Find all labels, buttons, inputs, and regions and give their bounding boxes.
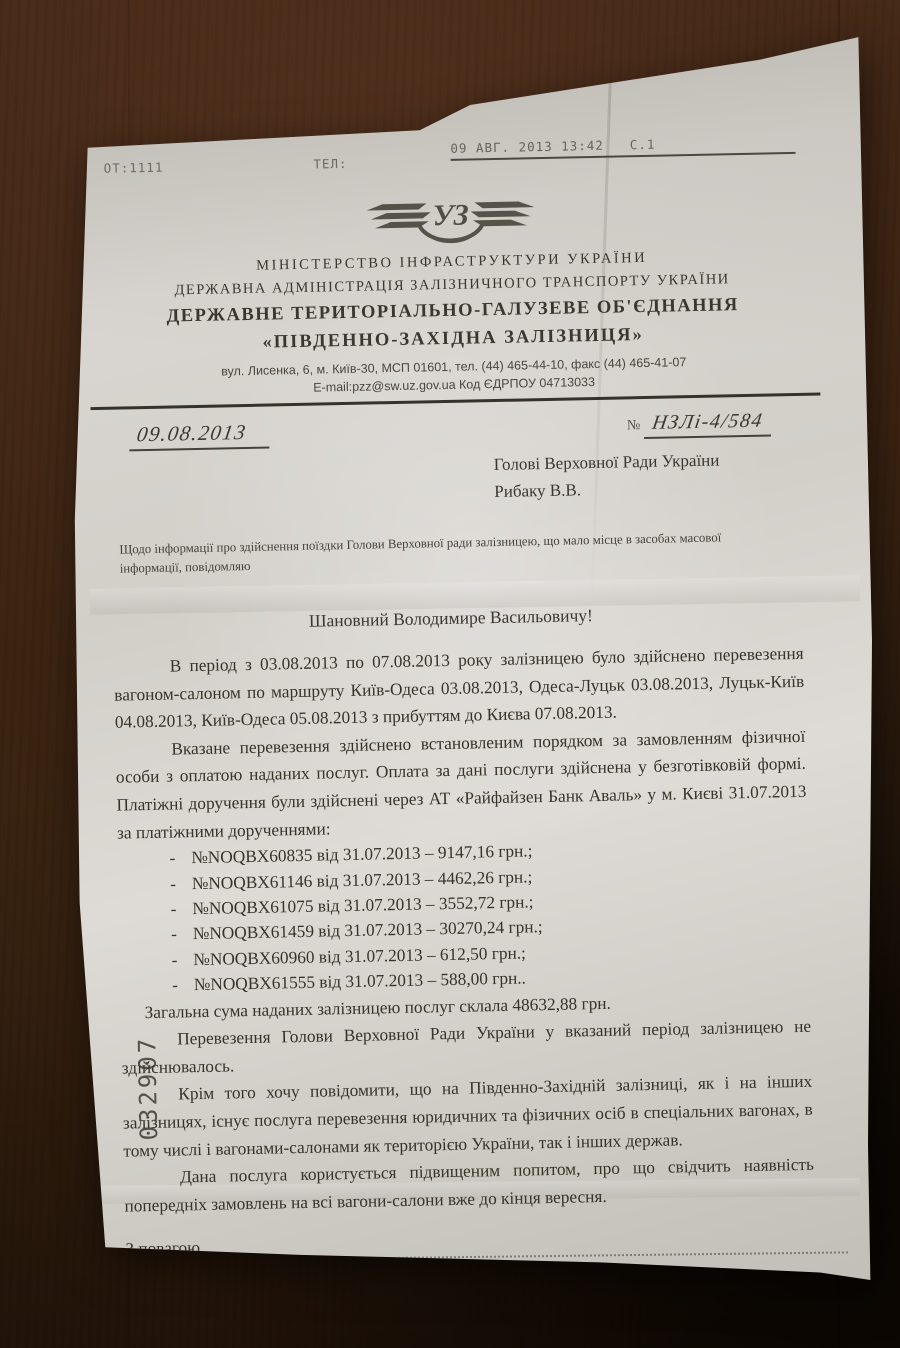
paragraph-trip-dates: В період з 03.08.2013 по 07.08.2013 року… bbox=[113, 640, 805, 737]
fax-timestamp: 09 АВГ. 2013 13:42 bbox=[450, 138, 604, 156]
form-stamp-number: 032907 bbox=[133, 1028, 163, 1149]
closing-block: З повагою, Заступник начальника залізниц… bbox=[125, 1222, 817, 1321]
photo-of-letter: { "fax_header": { "from": "ОТ:1111", "te… bbox=[0, 0, 900, 1348]
signature-row: Заступник начальника залізниці І.Р. Анто… bbox=[126, 1252, 817, 1322]
letterhead-railway-name: «ПІВДЕННО-ЗАХІДНА ЗАЛІЗНИЦЯ» bbox=[107, 322, 799, 357]
list-dash-marker: - bbox=[172, 973, 178, 999]
subject-line: Щодо інформації про здійснення поїздки Г… bbox=[119, 528, 768, 579]
fax-from: ОТ:1111 bbox=[104, 160, 164, 176]
fax-timestamp-row: 09 АВГ. 2013 13:42 С.1 bbox=[450, 134, 795, 161]
letter-document: ОТ:1111 ТЕЛ: 09 АВГ. 2013 13:42 С.1 bbox=[0, 0, 900, 1348]
list-dash-marker: - bbox=[169, 846, 175, 872]
letter-number: №НЗЛі-4/584 bbox=[627, 409, 774, 439]
recipient-title: Голові Верховної Ради України bbox=[493, 447, 719, 479]
letter-content: ОТ:1111 ТЕЛ: 09 АВГ. 2013 13:42 С.1 bbox=[101, 9, 793, 23]
fax-page-number: С.1 bbox=[630, 137, 656, 153]
list-dash-marker: - bbox=[171, 922, 177, 948]
list-dash-marker: - bbox=[170, 896, 176, 922]
signature-icon bbox=[416, 1246, 707, 1316]
uz-railways-logo-icon: УЗ bbox=[360, 190, 541, 250]
fax-tel-label: ТЕЛ: bbox=[313, 156, 347, 172]
signer-name: І.Р. Антонюк bbox=[674, 1279, 769, 1308]
list-dash-marker: - bbox=[170, 871, 176, 897]
recipient-block: Голові Верховної Ради України Рибаку В.В… bbox=[493, 447, 720, 506]
letter-date-handwritten: 09.08.2013 bbox=[129, 420, 269, 452]
svg-text:УЗ: УЗ bbox=[432, 198, 469, 232]
number-label: № bbox=[627, 418, 641, 433]
recipient-name: Рибаку В.В. bbox=[494, 474, 720, 506]
fax-paper-sheet: ОТ:1111 ТЕЛ: 09 АВГ. 2013 13:42 С.1 bbox=[70, 22, 872, 1280]
salutation: Шановний Володимире Васильовичу! bbox=[309, 605, 593, 632]
payment-list: -№NOQBX60835 від 31.07.2013 – 9147,16 гр… bbox=[117, 833, 810, 999]
letter-body: В період з 03.08.2013 по 07.08.2013 року… bbox=[113, 640, 816, 1322]
letter-number-handwritten: НЗЛі-4/584 bbox=[644, 409, 775, 439]
list-dash-marker: - bbox=[171, 947, 177, 973]
paragraph-payment-info: Вказане перевезення здійснено встановлен… bbox=[115, 723, 807, 847]
signer-position: Заступник начальника залізниці bbox=[126, 1267, 362, 1299]
fax-header: ОТ:1111 ТЕЛ: 09 АВГ. 2013 13:42 С.1 bbox=[103, 142, 795, 176]
signature bbox=[416, 1246, 707, 1316]
paragraph-service-info: Крім того хочу повідомити, що на Південн… bbox=[122, 1068, 814, 1165]
